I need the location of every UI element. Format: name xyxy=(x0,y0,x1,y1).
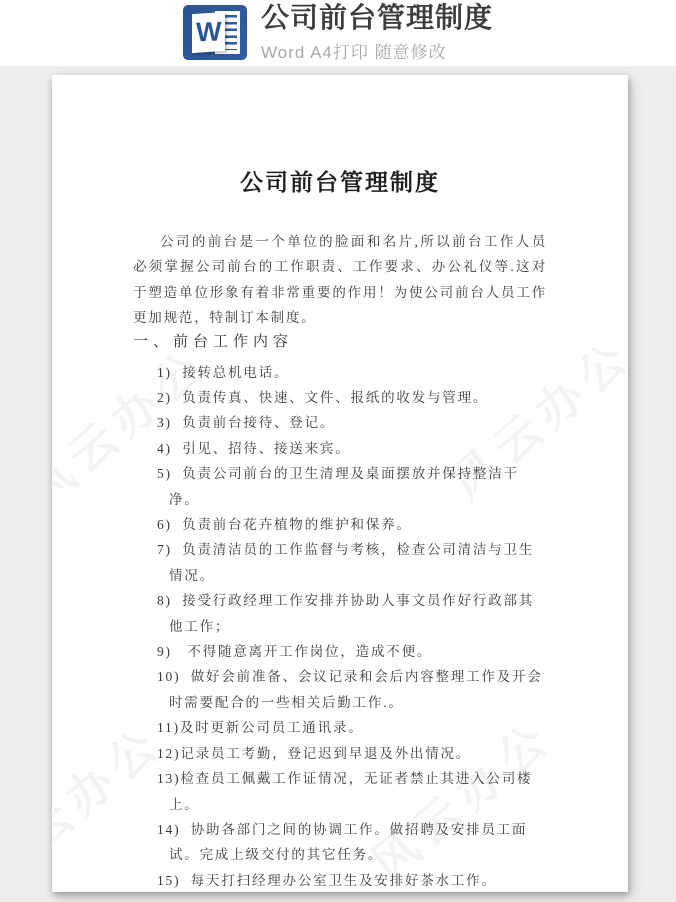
list-item: 15) 每天打扫经理办公室卫生及安排好茶水工作。 xyxy=(157,868,547,892)
list-item: 12)记录员工考勤，登记迟到早退及外出情况。 xyxy=(157,741,547,766)
list-item: 2) 负责传真、快速、文件、报纸的收发与管理。 xyxy=(157,385,547,410)
list-item: 9) 不得随意离开工作岗位，造成不便。 xyxy=(157,639,547,664)
list-item: 10) 做好会前准备、会议记录和会后内容整理工作及开会时需要配合的一些相关后勤工… xyxy=(157,664,547,715)
list-item: 7) 负责清洁员的工作监督与考核，检查公司清洁与卫生情况。 xyxy=(157,537,547,588)
list-item: 14) 协助各部门之间的协调工作。做招聘及安排员工面试。完成上级交付的其它任务。 xyxy=(157,817,547,868)
numbered-list: 1) 接转总机电话。 2) 负责传真、快速、文件、报纸的收发与管理。 3) 负责… xyxy=(157,360,547,892)
document-content: 公司前台管理制度 公司的前台是一个单位的脸面和名片,所以前台工作人员必须掌握公司… xyxy=(52,75,628,892)
preview-canvas: 风云办公 风云办公 风云办公 风云办公 公司前台管理制度 公司的前台是一个单位的… xyxy=(0,66,676,902)
section-heading: 一、前台工作内容 xyxy=(133,330,547,355)
template-header: W 公司前台管理制度 Word A4打印 随意修改 xyxy=(0,0,676,66)
word-icon-letter: W xyxy=(196,19,221,47)
list-item: 6) 负责前台花卉植物的维护和保养。 xyxy=(157,512,547,537)
word-icon-w-panel: W xyxy=(192,12,225,53)
header-text: 公司前台管理制度 Word A4打印 随意修改 xyxy=(261,3,493,63)
list-item: 5) 负责公司前台的卫生清理及桌面摆放并保持整洁干净。 xyxy=(157,461,547,512)
list-item: 4) 引见、招待、接送来宾。 xyxy=(157,436,547,461)
document-intro-paragraph: 公司的前台是一个单位的脸面和名片,所以前台工作人员必须掌握公司前台的工作职责、工… xyxy=(133,229,547,330)
document-title: 公司前台管理制度 xyxy=(133,167,547,199)
list-item: 3) 负责前台接待、登记。 xyxy=(157,410,547,435)
list-item: 13)检查员工佩戴工作证情况，无证者禁止其进入公司楼上。 xyxy=(157,766,547,817)
list-item: 1) 接转总机电话。 xyxy=(157,360,547,385)
document-page: 风云办公 风云办公 风云办公 风云办公 公司前台管理制度 公司的前台是一个单位的… xyxy=(52,75,628,892)
word-icon: W xyxy=(183,5,247,60)
list-item: 11)及时更新公司员工通讯录。 xyxy=(157,715,547,740)
header-inner: W 公司前台管理制度 Word A4打印 随意修改 xyxy=(183,3,493,63)
template-subtitle: Word A4打印 随意修改 xyxy=(261,38,493,63)
list-item: 8) 接受行政经理工作安排并协助人事文员作好行政部其他工作； xyxy=(157,588,547,639)
template-title: 公司前台管理制度 xyxy=(261,3,493,34)
